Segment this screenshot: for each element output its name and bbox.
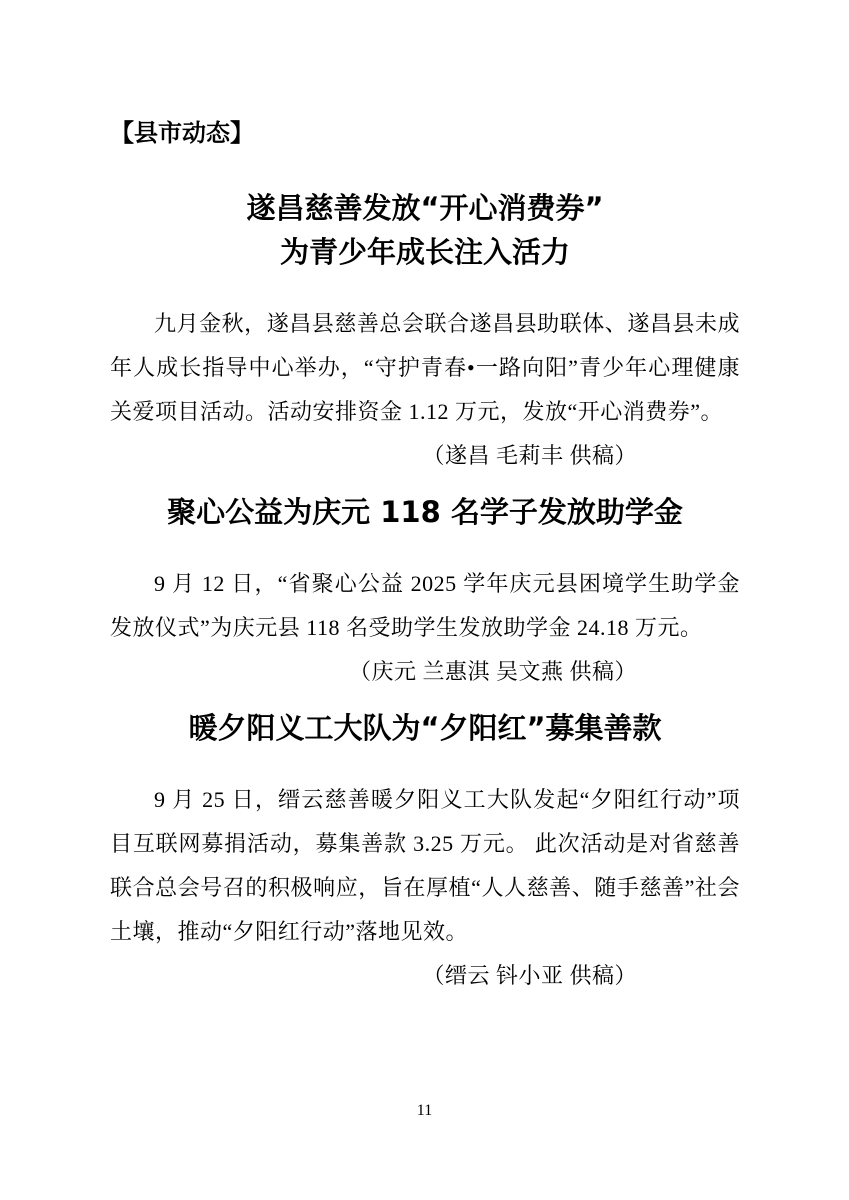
article-title-line: 遂昌慈善发放“开心消费券” [110,186,740,230]
article-title-line: 为青少年成长注入活力 [110,230,740,274]
article-jinyun: 暖夕阳义工大队为“夕阳红”募集善款 9 月 25 日，缙云慈善暖夕阳义工大队发起… [110,706,740,998]
article-title: 聚心公益为庆元 118 名学子发放助学金 [110,490,740,534]
article-attribution: （遂昌 毛莉丰 供稿） [110,434,740,478]
article-attribution: （缙云 钭小亚 供稿） [110,954,740,998]
article-qingyuan: 聚心公益为庆元 118 名学子发放助学金 9 月 12 日，“省聚心公益 202… [110,490,740,694]
article-body: 9 月 25 日，缙云慈善暖夕阳义工大队发起“夕阳红行动”项目互联网募捐活动，募… [110,778,740,954]
article-body: 九月金秋，遂昌县慈善总会联合遂昌县助联体、遂昌县未成年人成长指导中心举办，“守护… [110,302,740,434]
article-attribution: （庆元 兰惠淇 吴文燕 供稿） [110,650,740,694]
article-title-line: 暖夕阳义工大队为“夕阳红”募集善款 [110,706,740,750]
section-label: 【县市动态】 [110,0,740,148]
article-title: 暖夕阳义工大队为“夕阳红”募集善款 [110,706,740,750]
article-title-line: 聚心公益为庆元 118 名学子发放助学金 [110,490,740,534]
article-suichang: 遂昌慈善发放“开心消费券” 为青少年成长注入活力 九月金秋，遂昌县慈善总会联合遂… [110,186,740,478]
article-title: 遂昌慈善发放“开心消费券” 为青少年成长注入活力 [110,186,740,274]
article-body: 9 月 12 日，“省聚心公益 2025 学年庆元县困境学生助学金发放仪式”为庆… [110,562,740,650]
page-content: 【县市动态】 遂昌慈善发放“开心消费券” 为青少年成长注入活力 九月金秋，遂昌县… [0,0,849,998]
document-page: 【县市动态】 遂昌慈善发放“开心消费券” 为青少年成长注入活力 九月金秋，遂昌县… [0,0,849,1200]
page-number: 11 [0,1102,849,1120]
